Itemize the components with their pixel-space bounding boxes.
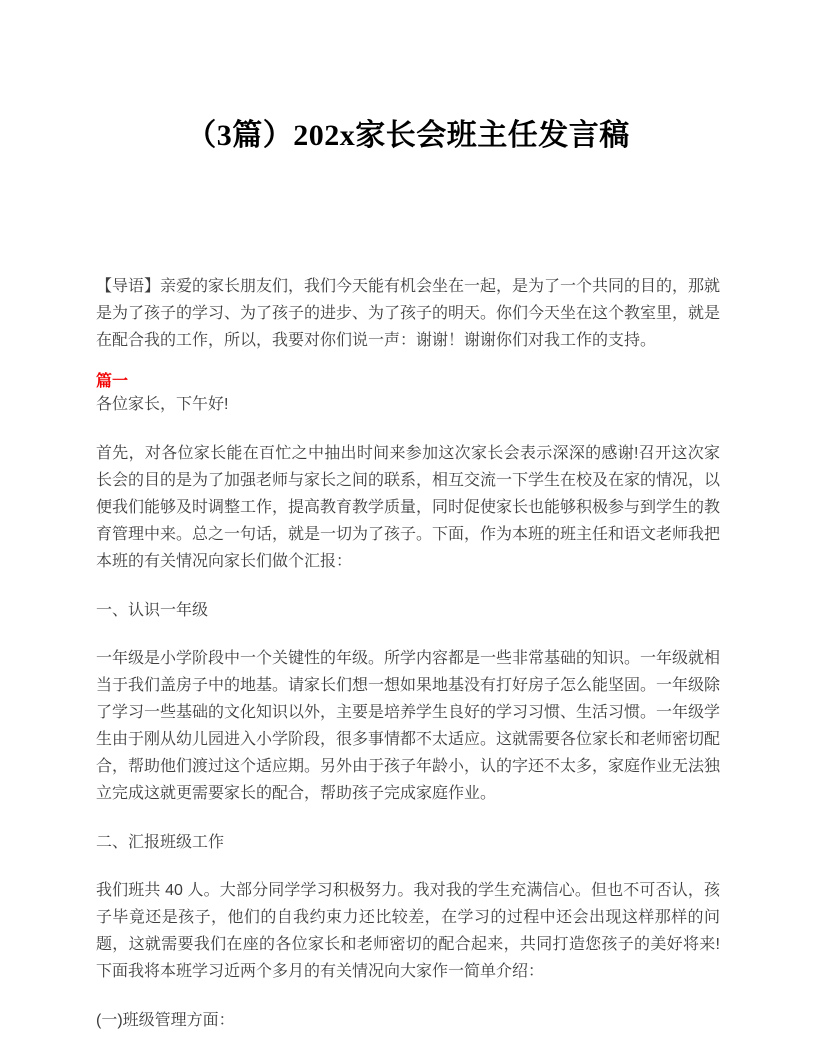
- intro-paragraph: 【导语】亲爱的家长朋友们，我们今天能有机会坐在一起，是为了一个共同的目的，那就是…: [96, 273, 720, 354]
- document-content: （3篇）202x家长会班主任发言稿 【导语】亲爱的家长朋友们，我们今天能有机会坐…: [0, 0, 816, 1032]
- article-1-label: 篇一: [96, 371, 720, 393]
- section-1-heading: 一、认识一年级: [96, 600, 720, 622]
- section-2-subheading: (一)班级管理方面：: [96, 1010, 720, 1032]
- article-1-opening-paragraph: 首先，对各位家长能在百忙之中抽出时间来参加这次家长会表示深深的感谢!召开这次家长…: [96, 440, 720, 575]
- section-2-body: 我们班共 40 人。大部分同学学习积极努力。我对我的学生充满信心。但也不可否认，…: [96, 877, 720, 985]
- document-page: （3篇）202x家长会班主任发言稿 【导语】亲爱的家长朋友们，我们今天能有机会坐…: [0, 0, 816, 1056]
- section-2-heading: 二、汇报班级工作: [96, 832, 720, 854]
- page-title: （3篇）202x家长会班主任发言稿: [96, 0, 720, 158]
- section-1-body: 一年级是小学阶段中一个关键性的年级。所学内容都是一些非常基础的知识。一年级就相当…: [96, 645, 720, 807]
- article-1-greeting: 各位家长，下午好!: [96, 393, 720, 417]
